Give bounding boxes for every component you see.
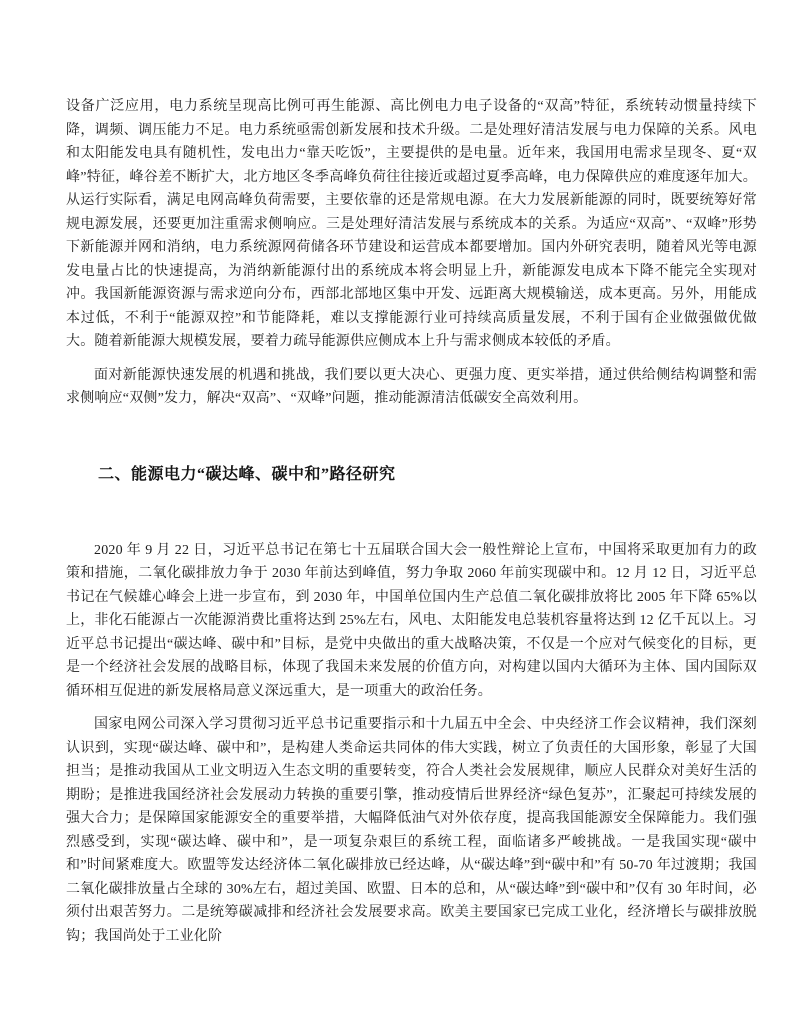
document-page: 设备广泛应用，电力系统呈现高比例可再生能源、高比例电力电子设备的“双高”特征，系… (0, 0, 800, 1035)
paragraph-opportunities-and-challenges: 面对新能源快速发展的机遇和挑战，我们要以更大决心、更强力度、更实举措，通过供给侧… (66, 364, 757, 411)
paragraph-state-grid-understanding-and-challenges: 国家电网公司深入学习贯彻习近平总书记重要指示和十九届五中全会、中央经济工作会议精… (66, 713, 757, 948)
section-heading-carbon-peak-neutrality-path-research: 二、能源电力“碳达峰、碳中和”路径研究 (66, 463, 757, 487)
paragraph-carbon-targets-announcements: 2020 年 9 月 22 日，习近平总书记在第七十五届联合国大会一般性辩论上宣… (66, 539, 757, 704)
paragraph-continuation-power-system-challenges: 设备广泛应用，电力系统呈现高比例可再生能源、高比例电力电子设备的“双高”特征，系… (66, 95, 757, 354)
